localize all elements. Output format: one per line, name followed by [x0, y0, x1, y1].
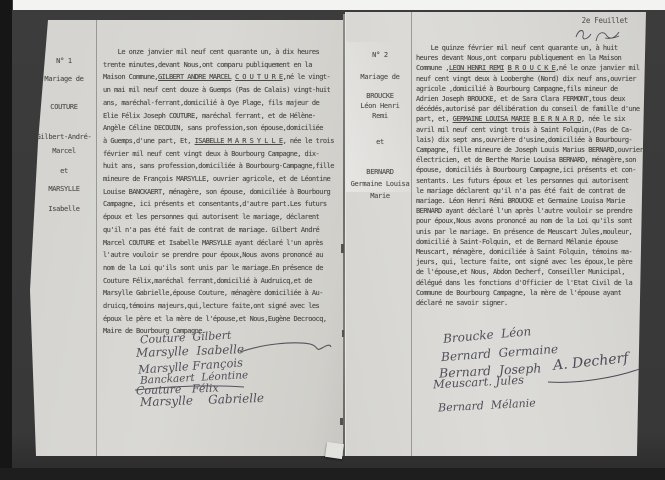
text-line: Elie Félix Joseph COUTURE, maréchal ferr…: [103, 110, 341, 123]
signature: Bernard Mélanie: [438, 396, 536, 414]
scan-background-edge: [0, 0, 12, 480]
text-line: et: [376, 137, 384, 147]
text-line: qu'il n'a pas été fait de contrat de mar…: [103, 224, 341, 237]
text-line: Isabelle: [48, 204, 79, 214]
act-text-left: Le onze janvier mil neuf cent quarante u…: [103, 46, 341, 338]
text-line: Le quinze février mil neuf cent quarante…: [416, 43, 646, 53]
text-line: Marcel COUTURE et Isabelle MARSYLLE ayan…: [103, 237, 341, 250]
text-line: le mariage déclarent qu'il n'a pas été f…: [416, 186, 646, 196]
text-line: avril mil neuf cent vingt trois à Saint …: [416, 125, 646, 135]
text-line: Marie: [370, 191, 390, 201]
text-line: époux et les personnes qui autorisent le…: [103, 211, 341, 224]
margin-rule-right: [411, 12, 412, 456]
book-fold-crease: [343, 14, 345, 456]
text-line: N° 1: [56, 56, 72, 66]
text-line: heures devant Nous,ont comparu publiquem…: [416, 53, 646, 63]
margin-column-left: N° 1Mariage deCOUTUREGilbert-André-Marce…: [34, 20, 94, 214]
text-line: électricien, et de Berthe Marie Louisa B…: [416, 155, 646, 165]
text-line: huit ans, sans profession,domiciliée à B…: [103, 160, 341, 173]
text-line: MARSYLLE: [48, 184, 79, 194]
text-line: février mil neuf cent vingt deux à Bourb…: [103, 148, 341, 161]
margin-rule-left: [96, 20, 97, 456]
official-signature: A. Decherf: [552, 350, 629, 374]
text-line: déclaré ne savoir signer.: [416, 298, 646, 308]
fold-tear-mark: [340, 418, 343, 425]
mayor-signature-flourish-icon: [238, 336, 333, 360]
text-line: épouse, domiciliés à Bourbourg Campagne,…: [416, 165, 646, 175]
text-line: lais) dix sept ans,ouvrière d'usine,domi…: [416, 135, 646, 145]
register-page-left: N° 1Mariage deCOUTUREGilbert-André-Marce…: [30, 20, 343, 456]
text-line: pour époux,Nous avons prononcé au nom de…: [416, 216, 646, 226]
fold-tear-mark: [341, 244, 344, 253]
signature: Marsylle Gabrielle: [140, 391, 264, 409]
text-line: Léon Henri: [360, 101, 399, 111]
text-line: l'autre vouloir se prendre pour époux,No…: [103, 249, 341, 262]
text-line: neuf cent vingt deux à Looberghe (Nord) …: [416, 74, 646, 84]
text-line: nom de la Loi qu'ils sont unis par le ma…: [103, 262, 341, 275]
signature: Broucke Léon: [443, 324, 532, 346]
text-line: Angèle Céline DECOUIN, sans profession,s…: [103, 122, 341, 135]
text-line: Campagne, fille mineure de Joseph Louis …: [416, 145, 646, 155]
fold-tear-mark: [342, 330, 344, 337]
text-line: COUTURE: [50, 102, 77, 112]
text-line: Mariage de: [44, 74, 83, 84]
text-line: trente minutes,devant Nous,ont comparu p…: [103, 59, 341, 72]
text-line: époux le père et la mère de l'épouse,et …: [103, 313, 341, 326]
text-line: Maison Commune,GILBERT ANDRE MARCEL C O …: [103, 71, 341, 84]
text-line: Germaine Louisa: [351, 179, 410, 189]
text-line: Adrien Joseph BROUCKE, et de Sara Clara …: [416, 94, 646, 104]
text-line: N° 2: [372, 50, 388, 60]
feuillet-label: 2e Feuillet: [582, 16, 628, 25]
text-line: Marsylle Gabrielle,épouse Couture, ménag…: [103, 287, 341, 300]
text-line: BERNARD ayant déclaré l'un après l'autre…: [416, 206, 646, 216]
text-line: délégué dans les fonctions d'Officier de…: [416, 278, 646, 288]
text-line: Mariage de: [360, 72, 399, 82]
text-line: BROUCKE: [366, 91, 393, 101]
margin-column-right: N° 2Mariage deBROUCKELéon HenriRemietBER…: [350, 12, 410, 201]
text-line: Le onze janvier mil neuf cent quarante u…: [103, 46, 341, 59]
fold-paper-tab: [325, 442, 344, 459]
text-line: Campagne, ici présents et consentants,d'…: [103, 198, 341, 211]
text-line: Gilbert-André-: [37, 132, 92, 142]
text-line: Commune ,LEON HENRI REMI B R O U C K E,n…: [416, 63, 646, 73]
text-line: ans, maréchal-ferrant,domicilié à Oye Pl…: [103, 97, 341, 110]
text-line: part, et, GERMAINE LOUISA MARIE B E R N …: [416, 114, 646, 124]
text-line: Marcel: [52, 146, 76, 156]
scanner-edge-strip: [13, 0, 665, 10]
text-line: décédés,autorisé par délibération du con…: [416, 104, 646, 114]
text-line: Louise BANCKAERT, ménagère, son épouse, …: [103, 186, 341, 199]
text-line: Remi: [372, 111, 388, 121]
scan-background-bottom: [0, 468, 665, 480]
scanned-register-spread: N° 1Mariage deCOUTUREGilbert-André-Marce…: [0, 0, 665, 480]
text-line: mineure de François MARSYLLE, ouvrier ag…: [103, 173, 341, 186]
text-line: et: [60, 166, 68, 176]
text-line: unis par le mariage. En présence de Meus…: [416, 227, 646, 237]
text-line: Commune de Bourbourg Campagne, la mère d…: [416, 288, 646, 298]
text-line: de l'épouse,et Nous, Abdon Decherf, Cons…: [416, 267, 646, 277]
register-page-right: 2e Feuillet N° 2Mariage deBROUCKELéon He…: [345, 12, 646, 456]
text-line: jeurs, qui, lecture faite, ont signé ave…: [416, 257, 646, 267]
text-line: Meuscart, ménagère, domiciliée à Saint F…: [416, 247, 646, 257]
act-text-right: Le quinze février mil neuf cent quarante…: [416, 43, 646, 308]
text-line: mariage. Léon Henri Rémi BROUCKE et Germ…: [416, 196, 646, 206]
text-line: Couture Félix,maréchal ferrant,domicilié…: [103, 275, 341, 288]
text-line: sentants. Les futurs époux et les person…: [416, 176, 646, 186]
text-line: agricole ,domicilié à Bourbourg Campagne…: [416, 84, 646, 94]
text-line: à Guemps,d'une part, Et, ISABELLE M A R …: [103, 135, 341, 148]
text-line: BERNARD: [366, 167, 393, 177]
text-line: domicilié à Saint-Folquin, et de Bernard…: [416, 237, 646, 247]
text-line: un mai mil neuf cent douze à Guemps (Pas…: [103, 84, 341, 97]
handwritten-paraph-icon: [572, 24, 624, 44]
text-line: druicq,témoins majeurs,qui,lecture faite…: [103, 300, 341, 313]
